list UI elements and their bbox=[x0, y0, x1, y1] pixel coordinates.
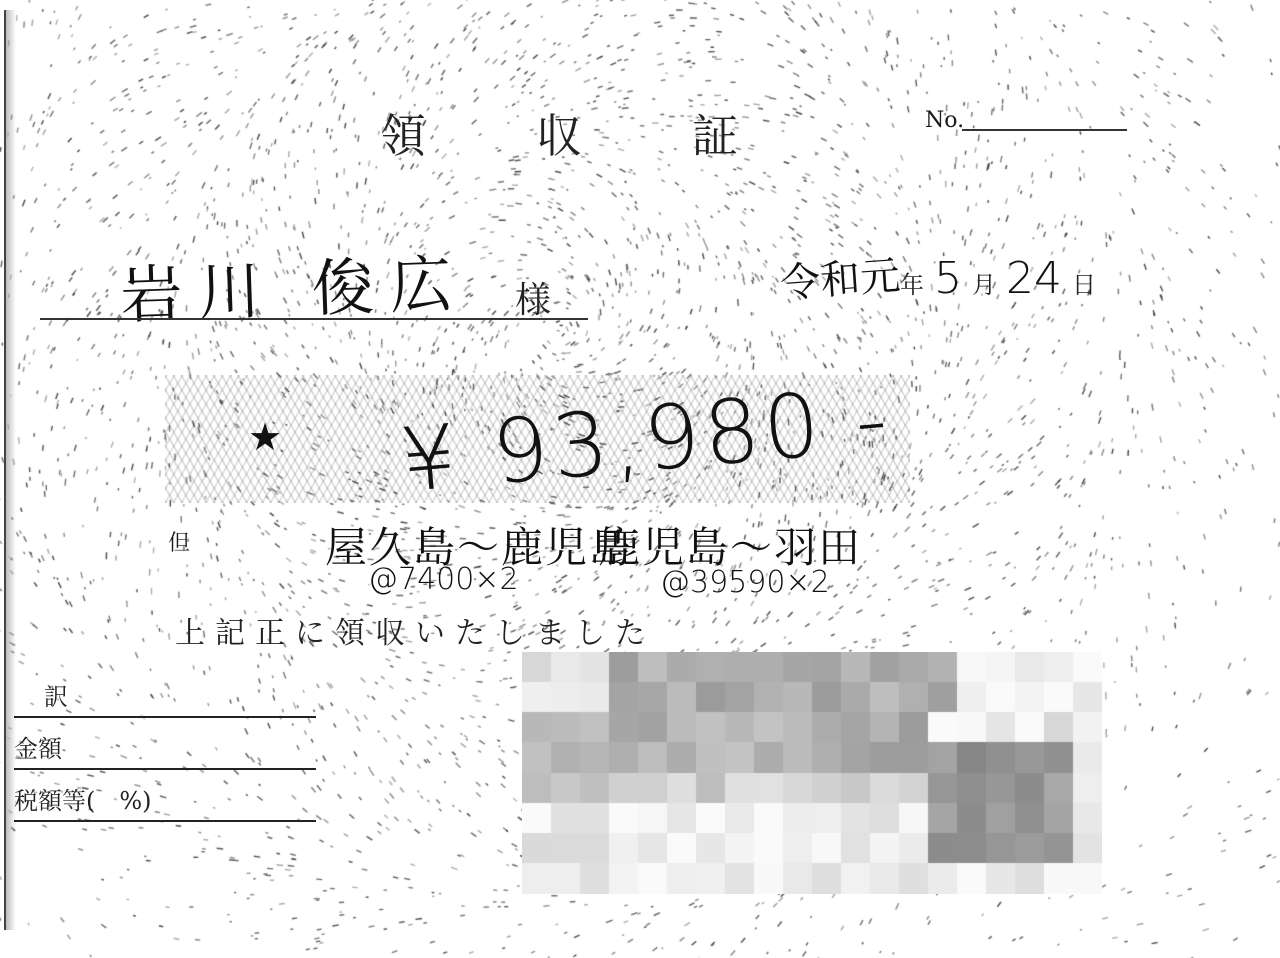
breakdown-label: 訳 bbox=[44, 677, 68, 712]
date-year-label: 年 bbox=[900, 265, 924, 300]
receipt-number-field bbox=[962, 129, 1127, 131]
date-day: 24 bbox=[1006, 253, 1062, 304]
breakdown-row: 金額 bbox=[14, 718, 316, 770]
purpose-price-note: @39590×2 bbox=[660, 565, 830, 600]
title-char: 証 bbox=[692, 100, 740, 166]
date-day-label: 日 bbox=[1072, 265, 1096, 300]
breakdown-header-row: 訳 bbox=[14, 668, 316, 718]
receipt-title: 領 収 証 bbox=[380, 100, 740, 166]
breakdown-row: 税額等( %) bbox=[14, 770, 316, 822]
breakdown-table: 訳 金額 税額等( %) bbox=[14, 668, 316, 822]
received-statement: 上記正に領収いたしました bbox=[175, 608, 655, 652]
date-month: 5 bbox=[934, 253, 962, 304]
yen-icon: ¥ bbox=[396, 404, 465, 512]
breakdown-row-label: 税額等( %) bbox=[14, 781, 152, 816]
purpose-label: 但 bbox=[168, 526, 190, 557]
purpose-price-note: @7400×2 bbox=[368, 562, 519, 597]
receipt-date: 令和元 年 5 月 24 日 bbox=[780, 248, 1096, 305]
redacted-issuer-stamp bbox=[522, 652, 1102, 894]
star-icon: ★ bbox=[248, 415, 282, 459]
receipt-number-label: No. bbox=[925, 108, 964, 133]
date-era: 令和元 bbox=[778, 244, 902, 309]
recipient-underline bbox=[40, 318, 588, 320]
date-month-label: 月 bbox=[972, 265, 996, 300]
honorific: 様 bbox=[515, 272, 551, 323]
title-char: 領 bbox=[380, 100, 428, 166]
breakdown-row-label: 金額 bbox=[14, 729, 62, 764]
title-char: 収 bbox=[536, 100, 584, 166]
